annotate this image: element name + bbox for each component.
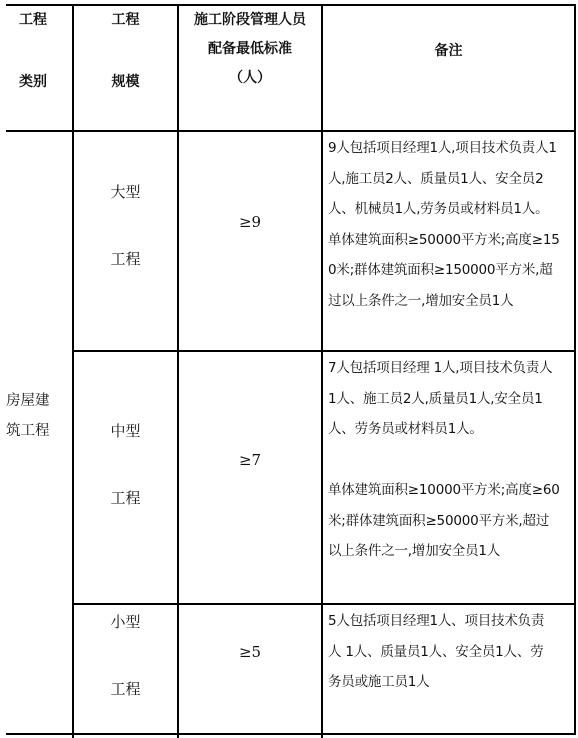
col-divider-2 (177, 4, 179, 738)
remark-line: 人、机械员1人,劳务员或材料员1人。 (328, 194, 574, 225)
col-divider-3 (321, 4, 323, 738)
table-right-border (574, 4, 576, 735)
remark-line: 0米;群体建筑面积≥150000平方米,超 (328, 255, 574, 286)
row-divider-2 (72, 603, 576, 605)
remark-line: 务员或施工员1人 (328, 667, 574, 698)
header-min-staff-line-3: （人） (179, 64, 321, 93)
scale-large-line-1: 大型 (74, 181, 177, 202)
scale-small: 小型 工程 (74, 611, 177, 699)
remark-small: 5人包括项目经理1人、项目技术负责 人 1人、质量员1人、安全员1人、劳 务员或… (328, 606, 574, 698)
remark-line: 人、劳务员或材料员1人。 (328, 414, 574, 445)
remark-line: 人 1人、质量员1人、安全员1人、劳 (328, 637, 574, 668)
remark-large: 9人包括项目经理1人,项目技术负责人1 人,施工员2人、质量员1人、安全员2 人… (328, 133, 574, 316)
row-divider-1 (72, 350, 576, 352)
remark-line: 单体建筑面积≥10000平方米;高度≥60 (328, 475, 574, 506)
scale-small-line-1: 小型 (74, 611, 177, 632)
remark-line: 1人、施工员2人,质量员1人,安全员1 (328, 384, 574, 415)
header-remark: 备注 (323, 37, 574, 66)
remark-line: 7人包括项目经理 1人,项目技术负责人 (328, 353, 574, 384)
min-staff-large: ≥9 (179, 213, 321, 231)
remark-line: 5人包括项目经理1人、项目技术负责 (328, 606, 574, 637)
remark-line: 米;群体建筑面积≥50000平方米,超过 (328, 506, 574, 537)
remark-line (328, 445, 574, 476)
scale-medium-line-1: 中型 (74, 420, 177, 441)
min-staff-small: ≥5 (179, 643, 321, 661)
header-min-staff: 施工阶段管理人员 配备最低标准 （人） (179, 6, 321, 93)
header-min-staff-line-1: 施工阶段管理人员 (179, 6, 321, 35)
remark-medium: 7人包括项目经理 1人,项目技术负责人 1人、施工员2人,质量员1人,安全员1 … (328, 353, 574, 567)
category-line-1: 房屋建 (6, 386, 72, 416)
header-category-line-2: 类别 (6, 68, 60, 97)
header-scale-line-1: 工程 (74, 6, 177, 35)
remark-line: 以上条件之一,增加安全员1人 (328, 536, 574, 567)
header-category-line-1: 工程 (6, 6, 60, 35)
scale-large: 大型 工程 (74, 181, 177, 269)
remark-line: 过以上条件之一,增加安全员1人 (328, 286, 574, 317)
category-line-2: 筑工程 (6, 416, 72, 446)
table-bottom-border (6, 733, 576, 735)
header-bottom-border (6, 130, 576, 132)
remark-line: 人,施工员2人、质量员1人、安全员2 (328, 164, 574, 195)
header-scale-line-2: 规模 (74, 68, 177, 97)
scale-large-line-2: 工程 (74, 248, 177, 269)
scale-small-line-2: 工程 (74, 678, 177, 699)
category-cell: 房屋建 筑工程 (6, 386, 72, 446)
scale-medium: 中型 工程 (74, 420, 177, 508)
remark-line: 单体建筑面积≥50000平方米;高度≥15 (328, 225, 574, 256)
remark-line: 9人包括项目经理1人,项目技术负责人1 (328, 133, 574, 164)
min-staff-medium: ≥7 (179, 451, 321, 469)
header-min-staff-line-2: 配备最低标准 (179, 35, 321, 64)
scale-medium-line-2: 工程 (74, 487, 177, 508)
